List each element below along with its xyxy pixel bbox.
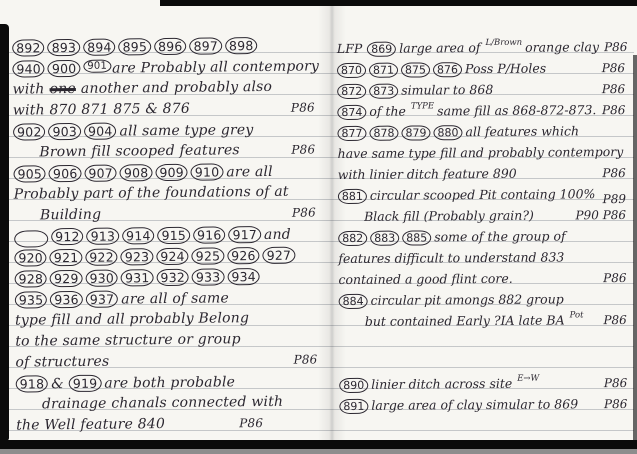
- feature-number-circled: 934: [227, 268, 260, 285]
- feature-number-circled: 880: [433, 125, 462, 140]
- feature-number-circled: 871: [369, 63, 398, 78]
- feature-number-circled: 913: [87, 228, 120, 245]
- page-ref: P86: [604, 397, 631, 411]
- scan-edge-right: [633, 55, 637, 441]
- note-text: Poss P/Holes: [465, 61, 546, 77]
- feature-number-circled: 936: [50, 291, 83, 308]
- feature-number-circled: 873: [369, 84, 398, 99]
- feature-number-circled: 933: [192, 268, 225, 285]
- inserted-note: Pot: [570, 310, 584, 320]
- note-text: with: [13, 81, 45, 97]
- note-line: LFP869large area ofL/Brownorange clayP86: [337, 39, 629, 62]
- feature-number-circled: 919: [69, 375, 102, 392]
- note-text: large area of clay simular to 869: [371, 396, 578, 412]
- left-page-lines: 892893894895896897898940900901are Probab…: [12, 36, 322, 438]
- page-ref: P90 P86: [575, 208, 630, 222]
- note-text: orange clay: [525, 39, 599, 55]
- feature-number-circled: 932: [156, 269, 189, 286]
- right-page-lines: LFP869large area ofL/Brownorange clayP86…: [337, 39, 632, 419]
- note-text: Building: [40, 207, 101, 224]
- note-line: 882883885some of the group of: [338, 228, 630, 251]
- note-text: all features which: [465, 123, 579, 139]
- struck-out-text: one: [49, 81, 76, 97]
- note-text: another and probably also: [81, 79, 272, 97]
- note-text: drainage chanals connected with: [42, 394, 283, 413]
- feature-number-circled: 876: [433, 62, 462, 77]
- feature-number-circled: 874: [337, 105, 366, 120]
- feature-number-circled: 870: [337, 63, 366, 78]
- feature-number-circled: 883: [370, 231, 399, 246]
- note-text: contained a good flint core.: [338, 271, 512, 287]
- inserted-note: L/Brown: [485, 38, 522, 48]
- feature-number-circled: 927: [263, 247, 296, 264]
- feature-number-circled: 929: [50, 270, 83, 287]
- left-page: 892893894895896897898940900901are Probab…: [12, 0, 323, 439]
- scanner-backdrop: [0, 449, 637, 454]
- feature-number-circled: 869: [367, 42, 396, 57]
- note-text: and: [264, 227, 291, 243]
- feature-number-circled: 916: [193, 226, 226, 243]
- scan-edge-left: [0, 24, 9, 441]
- blank-oval: [14, 230, 48, 247]
- feature-number-circled: 910: [191, 163, 224, 180]
- note-line: 874of theTYPEsame fill as 868-872-873.P8…: [337, 102, 629, 125]
- feature-number-circled: 920: [14, 249, 47, 266]
- note-line: have same type fill and probably contemp…: [338, 144, 630, 167]
- feature-number-circled: 917: [228, 226, 261, 243]
- note-line: 891large area of clay simular to 869P86: [339, 396, 631, 419]
- note-text: but contained Early ?IA late BA: [365, 312, 565, 328]
- note-line: 890linier ditch across siteE→WP86: [339, 375, 631, 398]
- feature-number-circled: 878: [369, 126, 398, 141]
- page-ref: P86: [604, 40, 631, 54]
- feature-number-circled: 909: [155, 164, 188, 181]
- feature-number-circled: 890: [339, 378, 368, 393]
- scan-edge-top: [160, 0, 637, 6]
- feature-number-circled: 884: [339, 294, 368, 309]
- note-text: simular to 868: [401, 82, 493, 98]
- note-line: with linier ditch feature 890P86: [338, 165, 630, 188]
- note-line: contained a good flint core.P86: [338, 270, 630, 293]
- note-line: 877878879880all features which: [337, 123, 629, 146]
- page-ref: P89: [603, 192, 630, 206]
- page-ref: P86: [602, 166, 629, 180]
- page-ref: P86: [293, 352, 321, 366]
- page-ref: P86: [602, 82, 629, 96]
- note-text: of the: [369, 104, 406, 119]
- feature-number-circled: 915: [157, 227, 190, 244]
- feature-number-circled: 914: [122, 227, 155, 244]
- page-ref: P86: [602, 103, 629, 117]
- note-text: some of the group of: [434, 228, 566, 244]
- feature-number-circled: 900: [48, 60, 81, 77]
- note-text: LFP: [337, 41, 362, 56]
- feature-number-circled: 898: [225, 37, 258, 54]
- feature-number-circled: 912: [51, 228, 84, 245]
- feature-number-circled: 903: [48, 123, 81, 140]
- page-ref: P86: [239, 416, 267, 430]
- note-text: circular scooped Pit containg 100%: [370, 186, 596, 203]
- page-ref: P86: [292, 205, 320, 219]
- scan-edge-bottom: [0, 440, 637, 449]
- note-text: are all: [226, 164, 273, 180]
- inserted-note: E→W: [517, 374, 539, 384]
- page-ref: P86: [291, 142, 319, 156]
- note-line: the Well feature 840P86: [16, 414, 322, 438]
- note-text: have same type fill and probably contemp…: [338, 144, 624, 161]
- feature-number-circled: 926: [227, 247, 260, 264]
- note-line: 872873simular to 868P86: [337, 81, 629, 104]
- feature-number-circled: 925: [192, 247, 225, 264]
- page-ref: P86: [604, 376, 631, 390]
- feature-number-circled: 902: [13, 123, 46, 140]
- page-ref: P86: [603, 271, 630, 285]
- feature-number-circled: 924: [156, 248, 189, 265]
- note-line: 881circular scooped Pit containg 100%P89: [338, 186, 630, 209]
- note-text: are all of same: [121, 290, 229, 307]
- note-line: 870871875876Poss P/HolesP86: [337, 60, 629, 83]
- note-text: same fill as 868-872-873.: [437, 102, 596, 118]
- feature-number-circled: 877: [337, 126, 366, 141]
- feature-number-circled: 881: [338, 189, 367, 204]
- feature-number-circled: 894: [83, 39, 116, 56]
- feature-number-circled: 895: [119, 38, 152, 55]
- note-line: but contained Early ?IA late BAPotP86: [339, 312, 631, 335]
- feature-number-circled: 922: [85, 249, 118, 266]
- feature-number-circled: 907: [84, 165, 117, 182]
- feature-number-circled: 885: [402, 230, 431, 245]
- note-text: are Probably all contempory: [112, 58, 319, 76]
- note-text: linier ditch across site: [371, 376, 512, 392]
- feature-number-circled: 918: [16, 375, 49, 392]
- note-text: Probably part of the foundations of at: [14, 184, 289, 203]
- notebook-scan: 892893894895896897898940900901are Probab…: [0, 0, 637, 454]
- note-text: all same type grey: [119, 122, 253, 139]
- note-text: the Well feature 840: [16, 416, 165, 434]
- feature-number-circled: 882: [338, 231, 367, 246]
- feature-number-circled: 931: [121, 269, 154, 286]
- feature-number-circled: 901: [83, 60, 111, 73]
- page-ref: P86: [291, 100, 319, 114]
- note-text: with linier ditch feature 890: [338, 166, 517, 182]
- inserted-note: TYPE: [411, 101, 434, 111]
- note-line: [339, 333, 631, 356]
- note-line: Black fill (Probably grain?)P90 P86: [338, 207, 630, 230]
- note-text: type fill and all probably Belong: [15, 310, 249, 328]
- page-ref: P86: [603, 313, 630, 327]
- feature-number-circled: 872: [337, 84, 366, 99]
- note-text: Black fill (Probably grain?): [364, 208, 534, 224]
- feature-number-circled: 908: [120, 164, 153, 181]
- feature-number-circled: 897: [189, 37, 222, 54]
- note-text: Brown fill scooped features: [39, 142, 240, 160]
- note-text: circular pit amongs 882 group: [371, 291, 564, 307]
- note-text: large area of: [399, 40, 480, 56]
- right-page: LFP869large area ofL/Brownorange clayP86…: [337, 0, 632, 419]
- feature-number-circled: 940: [12, 60, 45, 77]
- note-text: are both probable: [104, 374, 235, 391]
- feature-number-circled: 921: [50, 249, 83, 266]
- feature-number-circled: 896: [154, 38, 187, 55]
- feature-number-circled: 928: [15, 270, 48, 287]
- feature-number-circled: 875: [401, 62, 430, 77]
- feature-number-circled: 904: [84, 123, 117, 140]
- feature-number-circled: 937: [86, 291, 119, 308]
- feature-number-circled: 930: [85, 270, 118, 287]
- feature-number-circled: 935: [15, 291, 48, 308]
- feature-number-circled: 905: [13, 165, 46, 182]
- feature-number-circled: 879: [401, 125, 430, 140]
- feature-number-circled: 892: [12, 39, 45, 56]
- feature-number-circled: 906: [49, 165, 82, 182]
- feature-number-circled: 893: [48, 39, 81, 56]
- note-text: features difficult to understand 833: [338, 249, 564, 266]
- note-line: 884circular pit amongs 882 group: [339, 291, 631, 314]
- feature-number-circled: 891: [339, 399, 368, 414]
- note-line: [339, 354, 631, 377]
- note-text: with 870 871 875 & 876: [13, 101, 190, 119]
- page-ref: P86: [602, 61, 629, 75]
- note-line: features difficult to understand 833: [338, 249, 630, 272]
- note-text: &: [51, 376, 64, 392]
- feature-number-circled: 923: [121, 248, 154, 265]
- note-text: of structures: [15, 354, 109, 371]
- note-text: to the same structure or group: [15, 331, 241, 349]
